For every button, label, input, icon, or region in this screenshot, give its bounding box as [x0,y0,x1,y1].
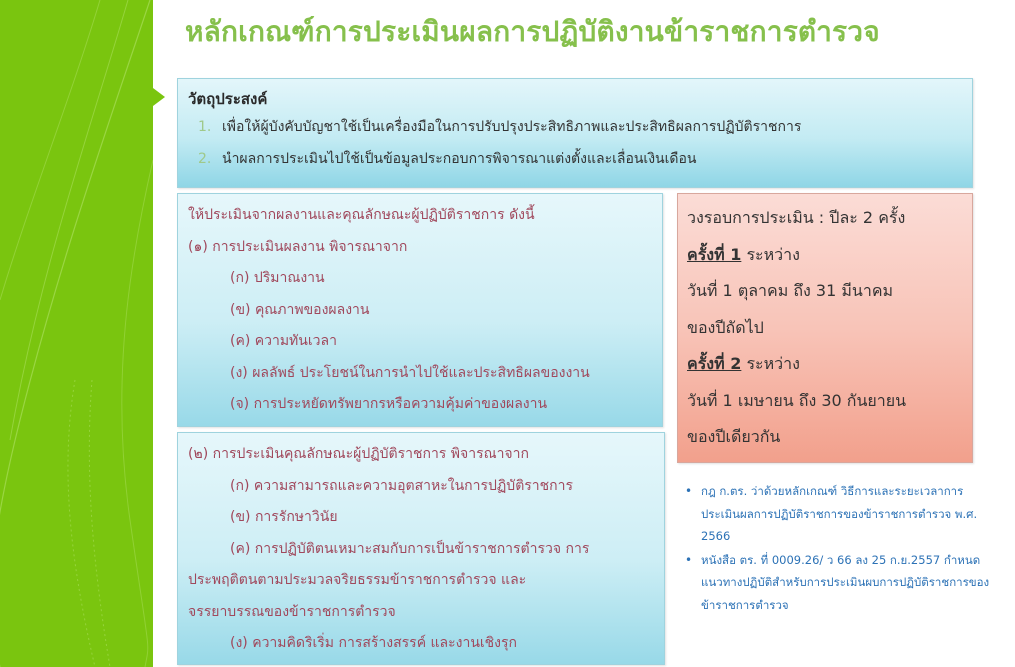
round-2-label: ครั้งที่ 2 [687,354,741,373]
reference-item: • หนังสือ ตร. ที่ 0009.26/ ว 66 ลง 25 ก.… [677,549,997,617]
attributes-item: (ง) ความคิดริเริ่ม การสร้างสรรค์ และงานเ… [188,628,654,660]
objective-number: 2. [188,143,222,175]
decorative-green-panel [0,0,153,667]
decorative-curves-icon [0,0,153,667]
criteria-intro: ให้ประเมินจากผลงานและคุณลักษณะผู้ปฏิบัติ… [188,200,652,232]
performance-item: (ค) ความทันเวลา [188,326,652,358]
performance-criteria-box: ให้ประเมินจากผลงานและคุณลักษณะผู้ปฏิบัติ… [177,193,663,427]
objective-text: เพื่อให้ผู้บังคับบัญชาใช้เป็นเครื่องมือใ… [222,111,801,143]
round-1-line: ครั้งที่ 1 ระหว่าง [687,237,963,274]
page-title: หลักเกณฑ์การประเมินผลการปฏิบัติงานข้าราช… [185,10,985,54]
attributes-item: (ก) ความสามารถและความอุตสาหะในการปฏิบัติ… [188,471,654,503]
evaluation-cycle-box: วงรอบการประเมิน : ปีละ 2 ครั้ง ครั้งที่ … [677,193,973,463]
round-1-note: ของปีถัดไป [687,310,963,347]
round-1-label: ครั้งที่ 1 [687,245,741,264]
bullet-icon: • [677,480,701,548]
attributes-item-continued: ประพฤติตนตามประมวลจริยธรรมข้าราชการตำรวจ… [188,565,654,597]
objective-text: นำผลการประเมินไปใช้เป็นข้อมูลประกอบการพิ… [222,143,696,175]
performance-item: (ง) ผลลัพธ์ ประโยชน์ในการนำไปใช้และประสิ… [188,358,652,390]
performance-item: (จ) การประหยัดทรัพยากรหรือความคุ้มค่าของ… [188,389,652,421]
reference-text: กฎ ก.ตร. ว่าด้วยหลักเกณฑ์ วิธีการและระยะ… [701,480,997,548]
performance-heading: (๑) การประเมินผลงาน พิจารณาจาก [188,232,652,264]
bullet-icon: • [677,549,701,617]
objective-item: 1. เพื่อให้ผู้บังคับบัญชาใช้เป็นเครื่องม… [188,111,962,143]
performance-item: (ข) คุณภาพของผลงาน [188,295,652,327]
attributes-heading: (๒) การประเมินคุณลักษณะผู้ปฏิบัติราชการ … [188,439,654,471]
references-list: • กฎ ก.ตร. ว่าด้วยหลักเกณฑ์ วิธีการและระ… [677,480,997,617]
objectives-box: วัตถุประสงค์ 1. เพื่อให้ผู้บังคับบัญชาใช… [177,78,973,188]
round-1-dates: วันที่ 1 ตุลาคม ถึง 31 มีนาคม [687,273,963,310]
attributes-criteria-box: (๒) การประเมินคุณลักษณะผู้ปฏิบัติราชการ … [177,432,665,665]
round-2-note: ของปีเดียวกัน [687,419,963,456]
attributes-item: (ค) การปฏิบัติตนเหมาะสมกับการเป็นข้าราชก… [188,534,654,566]
round-2-line: ครั้งที่ 2 ระหว่าง [687,346,963,383]
objective-item: 2. นำผลการประเมินไปใช้เป็นข้อมูลประกอบกา… [188,143,962,175]
objectives-heading: วัตถุประสงค์ [188,87,962,111]
round-2-suffix: ระหว่าง [741,354,800,373]
cycle-heading: วงรอบการประเมิน : ปีละ 2 ครั้ง [687,200,963,237]
reference-text: หนังสือ ตร. ที่ 0009.26/ ว 66 ลง 25 ก.ย.… [701,549,997,617]
attributes-item-continued: จรรยาบรรณของข้าราชการตำรวจ [188,597,654,629]
attributes-item: (ข) การรักษาวินัย [188,502,654,534]
round-2-dates: วันที่ 1 เมษายน ถึง 30 กันยายน [687,383,963,420]
reference-item: • กฎ ก.ตร. ว่าด้วยหลักเกณฑ์ วิธีการและระ… [677,480,997,548]
performance-item: (ก) ปริมาณงาน [188,263,652,295]
objective-number: 1. [188,111,222,143]
round-1-suffix: ระหว่าง [741,245,800,264]
pointer-arrow-icon [153,88,165,106]
